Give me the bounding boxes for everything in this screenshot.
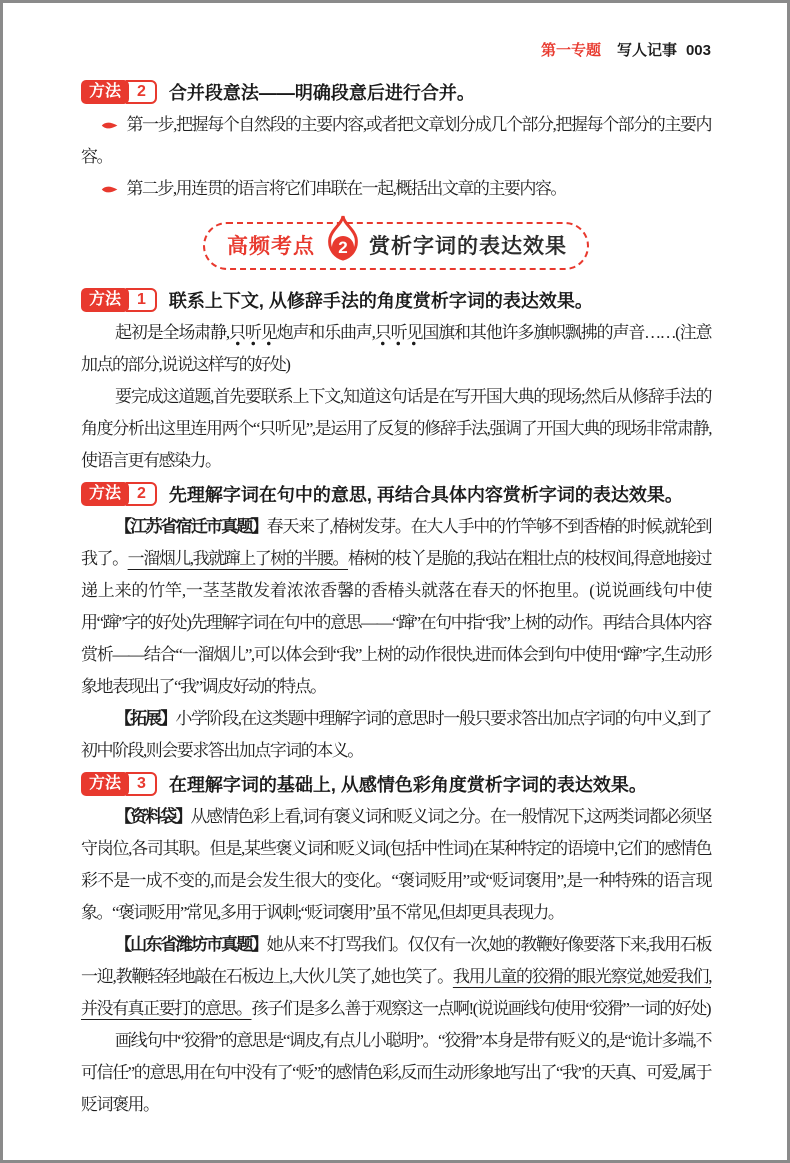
page-number: 003 bbox=[686, 42, 711, 59]
method-badge-label: 方法 bbox=[81, 80, 129, 104]
topic-number: 2 bbox=[338, 238, 347, 257]
arrow-bullet-icon bbox=[91, 109, 119, 141]
text-segment-label: 【拓展】 bbox=[115, 709, 175, 728]
method-title: 先理解字词在句中的意思, 再结合具体内容赏析字词的表达效果。 bbox=[169, 481, 683, 507]
method-badge: 方法 2 bbox=[81, 80, 157, 104]
material-paragraph: 【资料袋】从感情色彩上看,词有褒义词和贬义词之分。在一般情况下,这两类词都必须坚… bbox=[81, 801, 711, 929]
text-segment-dots: 只听见 bbox=[374, 323, 422, 346]
method-badge-number: 3 bbox=[126, 772, 157, 796]
method-badge-label: 方法 bbox=[81, 288, 129, 312]
method-heading-1: 方法 1 联系上下文, 从修辞手法的角度赏析字词的表达效果。 bbox=[81, 283, 711, 317]
extension-paragraph: 【拓展】小学阶段,在这类题中理解字词的意思时一般只要求答出加点字词的句中义,到了… bbox=[81, 703, 711, 767]
step-paragraph-2: 第二步,用连贯的语言将它们串联在一起,概括出文章的主要内容。 bbox=[81, 173, 711, 205]
flame-icon: 2 bbox=[323, 215, 363, 263]
example-paragraph: 【江苏省宿迁市真题】春天来了,椿树发芽。在大人手中的竹竿够不到香椿的时候,就轮到… bbox=[81, 511, 711, 703]
section-label: 写人记事 bbox=[617, 42, 677, 59]
method-heading-3: 方法 3 在理解字词的基础上, 从感情色彩角度赏析字词的表达效果。 bbox=[81, 767, 711, 801]
method-badge: 方法 1 bbox=[81, 288, 157, 312]
example-paragraph: 【山东省潍坊市真题】她从来不打骂我们。仅仅有一次,她的教鞭好像要落下来,我用石板… bbox=[81, 929, 711, 1025]
example-paragraph: 起初是全场肃静,只听见炮声和乐曲声,只听见国旗和其他许多旗帜飘拂的声音……(注意… bbox=[81, 317, 711, 381]
step-paragraph-1: 第一步,把握每个自然段的主要内容,或者把文章划分成几个部分,把握每个部分的主要内… bbox=[81, 109, 711, 173]
topic-badge-row: 高频考点 2 赏析字词的表达效果 bbox=[81, 217, 711, 275]
step-text: 第二步,用连贯的语言将它们串联在一起,概括出文章的主要内容。 bbox=[126, 179, 566, 198]
text-segment-plain: 椿树的枝丫是脆的,我站在粗壮点的枝杈间,得意地接过递上来的竹竿,一茎茎散发着浓浓… bbox=[81, 549, 711, 696]
method-title: 在理解字词的基础上, 从感情色彩角度赏析字词的表达效果。 bbox=[169, 771, 647, 797]
topic-badge: 高频考点 2 赏析字词的表达效果 bbox=[203, 222, 589, 270]
method-badge: 方法 2 bbox=[81, 482, 157, 506]
step-text: 第一步,把握每个自然段的主要内容,或者把文章划分成几个部分,把握每个部分的主要内… bbox=[81, 115, 711, 166]
analysis-paragraph: 画线句中“狡猾”的意思是“调皮,有点儿小聪明”。“狡猾”本身是带有贬义的,是“诡… bbox=[81, 1025, 711, 1121]
topic-label: 高频考点 bbox=[227, 230, 315, 260]
analysis-paragraph: 要完成这道题,首先要联系上下文,知道这句话是在写开国大典的现场;然后从修辞手法的… bbox=[81, 381, 711, 477]
arrow-bullet-icon bbox=[91, 173, 119, 205]
text-segment-plain: 起初是全场肃静, bbox=[115, 323, 229, 342]
textbook-page: 第一专题写人记事003 方法 2 合并段意法——明确段意后进行合并。 第一步,把… bbox=[0, 0, 790, 1163]
method-badge-label: 方法 bbox=[81, 482, 129, 506]
page-header: 第一专题写人记事003 bbox=[81, 41, 711, 61]
method-title: 联系上下文, 从修辞手法的角度赏析字词的表达效果。 bbox=[169, 287, 593, 313]
text-segment-underline: 一溜烟儿,我就蹿上了树的半腰。 bbox=[128, 549, 348, 568]
text-segment-dots: 只听见 bbox=[229, 323, 277, 346]
text-segment-plain: 炮声和乐曲声, bbox=[277, 323, 375, 342]
text-segment-label: 【资料袋】 bbox=[115, 807, 191, 826]
text-segment-plain: 小学阶段,在这类题中理解字词的意思时一般只要求答出加点字词的句中义,到了初中阶段… bbox=[81, 709, 711, 760]
method-badge-label: 方法 bbox=[81, 772, 129, 796]
method-title: 合并段意法——明确段意后进行合并。 bbox=[169, 79, 475, 105]
topic-title: 赏析字词的表达效果 bbox=[369, 230, 567, 260]
text-segment-plain: 孩子们是多么善于观察这一点啊!(说说画线句使用“狡猾”一词的好处) bbox=[252, 999, 711, 1018]
text-segment-label: 【山东省潍坊市真题】 bbox=[115, 935, 267, 954]
method-badge-number: 2 bbox=[126, 482, 157, 506]
chapter-label: 第一专题 bbox=[541, 42, 601, 59]
method-heading-2: 方法 2 先理解字词在句中的意思, 再结合具体内容赏析字词的表达效果。 bbox=[81, 477, 711, 511]
method-badge-number: 2 bbox=[126, 80, 157, 104]
text-segment-label: 【江苏省宿迁市真题】 bbox=[115, 517, 267, 536]
text-segment-plain: 画线句中“狡猾”的意思是“调皮,有点儿小聪明”。“狡猾”本身是带有贬义的,是“诡… bbox=[81, 1031, 711, 1114]
method-heading-merge: 方法 2 合并段意法——明确段意后进行合并。 bbox=[81, 75, 711, 109]
text-segment-plain: 要完成这道题,首先要联系上下文,知道这句话是在写开国大典的现场;然后从修辞手法的… bbox=[81, 387, 711, 470]
method-badge-number: 1 bbox=[126, 288, 157, 312]
method-badge: 方法 3 bbox=[81, 772, 157, 796]
